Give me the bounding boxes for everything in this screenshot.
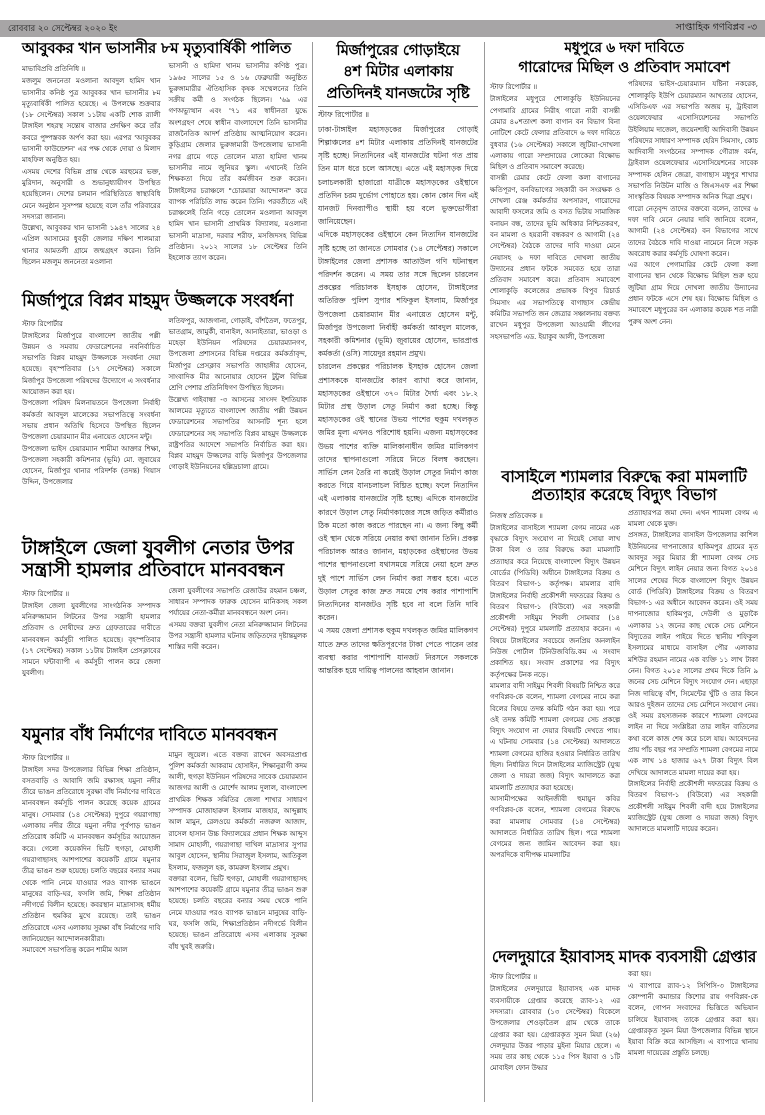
article-paragraph: প্রসঙ্গত, টাঙ্গাইলের বাসাইল উপজেলার কাশি… [628, 530, 758, 779]
article-paragraph: উপজেলা ভাইস চেয়ারম্যান শামীমা আক্তার শি… [22, 444, 161, 489]
article-gorai: মির্জাপুরের গোড়াইয়ে ৪শ মিটার এলাকায় প… [318, 42, 478, 677]
article-paragraph: করা হয়। [628, 969, 758, 980]
article-paragraph: পরিষদের ভাইস-চেয়ারম্যান যষ্টিনা নকরেক, … [628, 79, 758, 203]
article-jubolig: টাঙ্গাইলে জেলা যুবলীগ নেতার উপর সন্ত্রাস… [22, 538, 307, 718]
left-column: আবুবকর খান ভাসানীর ৮ম মৃত্যুবার্ষিকী পাল… [22, 40, 307, 957]
article-headline-line-1: টাঙ্গাইলে জেলা যুবলীগ নেতার উপর [22, 538, 307, 560]
publication-page-label: সাপ্তাহিক গণবিপ্লব -৩ [676, 21, 757, 36]
article-paragraph: টাঙ্গাইলের দেলদুয়ারে ইয়াবাসহ এক মাদক ব… [490, 984, 620, 1074]
article-headline-line-3: প্রতিদিনই যানজটের সৃষ্টি [318, 85, 478, 102]
article-byline: স্টাফ রিপোর্টার ॥ [22, 588, 161, 600]
article-byline: মাভাবিপ্রবি প্রতিনিধি ॥ [22, 63, 161, 75]
article-headline-line-2: ৪শ মিটার এলাকায় [318, 63, 478, 80]
article-headline-line-2: সন্ত্রাসী হামলার প্রতিবাদে মানববন্ধন [22, 560, 307, 582]
article-bhashani: আবুবকর খান ভাসানীর ৮ম মৃত্যুবার্ষিকী পাল… [22, 40, 307, 282]
article-paragraph: টাঙ্গাইলের মির্জাপুরে বাংলাদেশ জাতীয় পল… [22, 331, 161, 399]
column-divider [484, 42, 485, 1102]
article-paragraph: চারলেন প্রকল্পের পরিচালক ইসহাক হোসেন জেল… [318, 360, 478, 624]
article-byline: স্টাফ রিপোর্টার ॥ [318, 109, 478, 122]
article-paragraph: টাঙ্গাইলের মধুপুরে শোলাকুড়ি ইউনিয়নের প… [490, 94, 620, 173]
article-paragraph: গারো নেতৃবৃন্দ তাদের বক্তব্যে বলেন, তাদে… [628, 204, 758, 260]
page-header-band: রোববার ২০ সেপ্টেম্বর ২০২০ ইং সাপ্তাহিক গ… [0, 20, 765, 37]
article-paragraph: এদিকে মহাসড়কের ওইস্থানে কেন নিত্যদিন যা… [318, 228, 478, 360]
article-paragraph: আসামীপক্ষের আইনজীবী হুমায়ুন কবির গণবিপ্… [490, 794, 620, 862]
article-paragraph: টাঙ্গাইল জেলা যুবলীগের সাংগঠনিক সম্পাদক … [22, 601, 161, 680]
article-paragraph: টাঙ্গাইল সদর উপজেলার বিভিন্ন শিক্ষা প্রত… [22, 765, 161, 946]
article-byline: স্টাফ রিপোর্টার ॥ [490, 971, 620, 983]
article-paragraph: উল্লেখ্য, আবুবকর খান ভাসানী ১৯৪৭ সালের ২… [22, 223, 161, 268]
article-headline: আবুবকর খান ভাসানীর ৮ম মৃত্যুবার্ষিকী পাল… [22, 40, 307, 57]
article-paragraph: উপজেলা পরিষদ মিলনায়তনে উপজেলা নির্বাহী … [22, 398, 161, 443]
article-paragraph: মজলুম জননেতা মওলানা আবদুল হামিদ খান ভাসা… [22, 76, 161, 166]
middle-column: মির্জাপুরের গোড়াইয়ে ৪শ মিটার এলাকায় প… [318, 42, 478, 677]
right-column: মধুপুরে ৬ দফা দাবিতে গারোদের মিছিল ও প্র… [490, 40, 758, 1075]
article-byline: স্টাফ রিপোর্টার ॥ [490, 81, 620, 93]
article-headline: দেলদুয়ারে ইয়াবাসহ মাদক ব্যবসায়ী গ্রেপ… [490, 948, 758, 966]
article-basail: বাসাইলে শ্যামলার বিরুদ্ধে করা মামলাটি প্… [490, 468, 758, 948]
article-paragraph: ভাসানী ও হামিদা খানম ভাসানীর কণিষ্ঠ পুত্… [169, 61, 308, 264]
article-biplob: মির্জাপুরে বিপ্লব মাহমুদ উজ্জলকে সংবর্ধন… [22, 292, 307, 530]
article-headline-line-1: বাসাইলে শ্যামলার বিরুদ্ধে করা মামলাটি [490, 468, 758, 486]
article-paragraph: সমাবেশে সভাপতিত্ব করেন শামীম আল [22, 945, 161, 956]
article-paragraph: লতিফপুর, আজগানা, গোড়াই, বাঁশতৈল, ফতেপুর… [169, 316, 308, 395]
article-paragraph: উল্লেখ্য গাইবান্ধা -৩ আসনের সাংসদ ইশতিয়… [169, 395, 308, 474]
article-paragraph: জেলা যুবলীগের সভাপতি রেজাউর রহমান চঞ্চল,… [169, 586, 308, 620]
article-byline: স্টাফ রিপোর্টার [22, 318, 161, 330]
article-headline-line-2: প্রত্যাহার করেছে বিদ্যুৎ বিভাগ [490, 486, 758, 504]
article-paragraph: টাঙ্গাইলের নির্বাহী প্রকৌশলী দফতরের বিক্… [628, 779, 758, 835]
article-headline-line-1: মধুপুরে ৬ দফা দাবিতে [490, 40, 758, 56]
article-headline-line-2: গারোদের মিছিল ও প্রতিবাদ সমাবেশ [490, 59, 758, 76]
article-byline: স্টাফ রিপোর্টার ॥ [22, 752, 161, 764]
article-paragraph: বাসন্তী রেমার কেটে ফেলা কলা বাগানের ক্ষত… [490, 173, 620, 342]
article-headline-line-1: মির্জাপুরের গোড়াইয়ে [318, 42, 478, 59]
article-paragraph: মামলার বাদী সাইমুম শিবলী বিষয়টি নিশ্চিত… [490, 681, 620, 794]
article-delduar: দেলদুয়ারে ইয়াবাসহ মাদক ব্যবসায়ী গ্রেপ… [490, 948, 758, 1075]
article-headline: মির্জাপুরে বিপ্লব মাহমুদ উজ্জলকে সংবর্ধন… [22, 292, 307, 312]
article-byline: নিজস্ব প্রতিবেদক ॥ [490, 510, 620, 522]
article-headline: যমুনার বাঁধ নির্মাণের দাবিতে মানববন্ধন [22, 726, 307, 746]
article-paragraph: ঢাকা-টাঙ্গাইল মহাসড়কের মির্জাপুরের গোড়… [318, 123, 478, 229]
article-paragraph: এ ব্যাপারে র‌্যাব-১২ সিপিসি-৩ টাঙ্গাইলের… [628, 981, 758, 1060]
column-divider [312, 42, 313, 1102]
article-paragraph: টাঙ্গাইলের বাসাইলে শ্যামলা বেগম নামের এক… [490, 523, 620, 681]
issue-date: রোববার ২০ সেপ্টেম্বর ২০২০ ইং [8, 22, 117, 36]
article-paragraph: এসময় বক্তরা যুবলীগ নেতা মনিরুজ্জামান লি… [169, 620, 308, 654]
article-paragraph: বক্তারা বলেন, ভিটি হুগড়া, মোহালী গয়রাগ… [169, 874, 308, 953]
article-paragraph: মামুন জুয়েল। এতে বক্তব্য রাখেন অবসরপ্রা… [169, 750, 308, 874]
article-paragraph: প্রত্যাহারপত্র জমা দেন। এখন শ্যামলা বেগম… [628, 508, 758, 531]
article-jamuna: যমুনার বাঁধ নির্মাণের দাবিতে মানববন্ধন স… [22, 726, 307, 957]
article-paragraph: এ সময় জেলা প্রশাসক হুকুম দখলকৃত জমির মা… [318, 624, 478, 677]
article-paragraph: এসময় দেশের বিভিন্ন প্রান্ত থেকে মরহুমের… [22, 167, 161, 223]
article-madhupur: মধুপুরে ৬ দফা দাবিতে গারোদের মিছিল ও প্র… [490, 40, 758, 468]
article-paragraph: এর আগে পেগামারির কেটে ফেলা কলা বাগানের স… [628, 260, 758, 328]
